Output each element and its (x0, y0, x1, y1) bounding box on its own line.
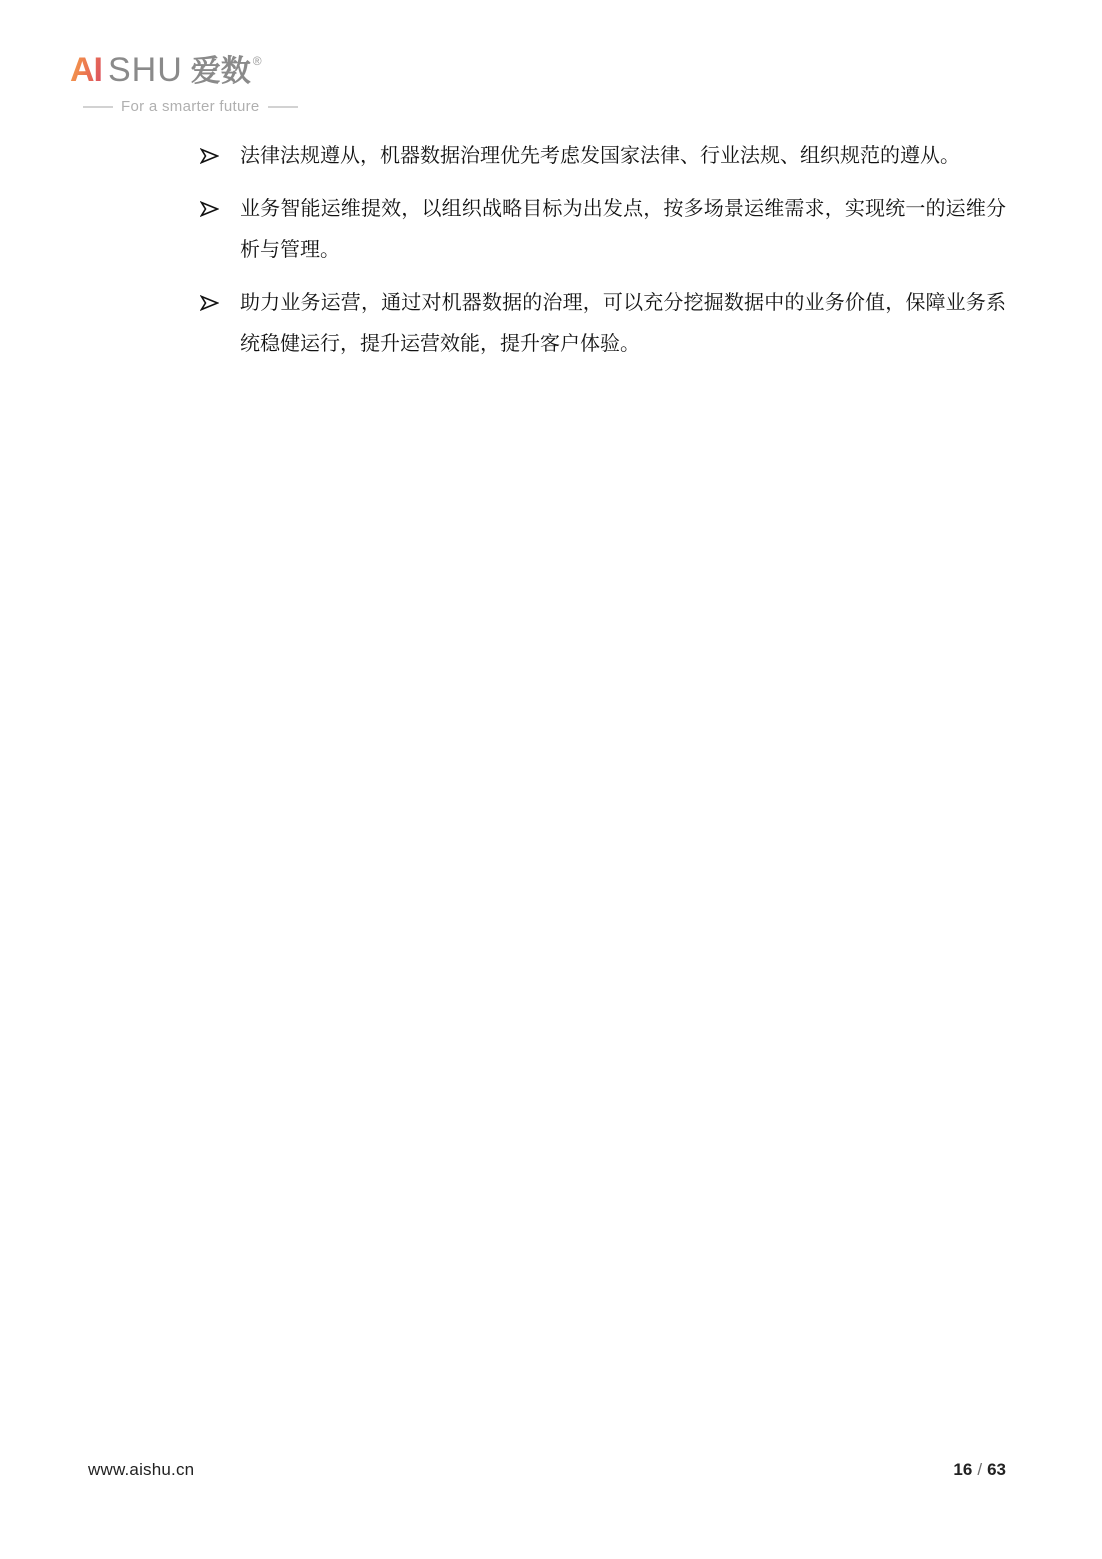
registered-trademark: ® (253, 54, 262, 68)
bullet-list: 法律法规遵从，机器数据治理优先考虑发国家法律、行业法规、组织规范的遵从。 业务智… (240, 136, 1006, 377)
logo-ai-mark: AI (70, 51, 102, 90)
list-item: 助力业务运营，通过对机器数据的治理，可以充分挖掘数据中的业务价值，保障业务系统稳… (240, 283, 1006, 365)
page-number-current: 16 (953, 1460, 972, 1479)
document-page: AI SHU 爱数 ® For a smarter future 法律法规遵从，… (0, 0, 1102, 1559)
arrow-bullet-icon (200, 148, 219, 164)
tagline-dash-right (268, 106, 298, 108)
arrow-bullet-icon (200, 201, 219, 217)
logo-tagline: For a smarter future (83, 98, 298, 115)
tagline-dash-left (83, 106, 113, 108)
page-number-total: 63 (987, 1460, 1006, 1479)
arrow-bullet-icon (200, 295, 219, 311)
list-item: 业务智能运维提效，以组织战略目标为出发点，按多场景运维需求，实现统一的运维分析与… (240, 189, 1006, 271)
page-indicator: 16/63 (953, 1460, 1006, 1480)
list-item: 法律法规遵从，机器数据治理优先考虑发国家法律、行业法规、组织规范的遵从。 (240, 136, 1006, 177)
aishu-logo: AI SHU 爱数 ® For a smarter future (70, 46, 298, 115)
logo-wordmark: AI SHU 爱数 ® (70, 46, 298, 90)
list-item-text: 助力业务运营，通过对机器数据的治理，可以充分挖掘数据中的业务价值，保障业务系统稳… (240, 292, 1006, 355)
page-number-separator: / (972, 1460, 987, 1479)
footer-website: www.aishu.cn (88, 1460, 194, 1480)
tagline-text: For a smarter future (121, 98, 260, 115)
list-item-text: 法律法规遵从，机器数据治理优先考虑发国家法律、行业法规、组织规范的遵从。 (240, 145, 960, 167)
list-item-text: 业务智能运维提效，以组织战略目标为出发点，按多场景运维需求，实现统一的运维分析与… (240, 198, 1006, 261)
logo-cn-text: 爱数 (191, 46, 251, 90)
logo-shu-text: SHU (108, 51, 183, 90)
